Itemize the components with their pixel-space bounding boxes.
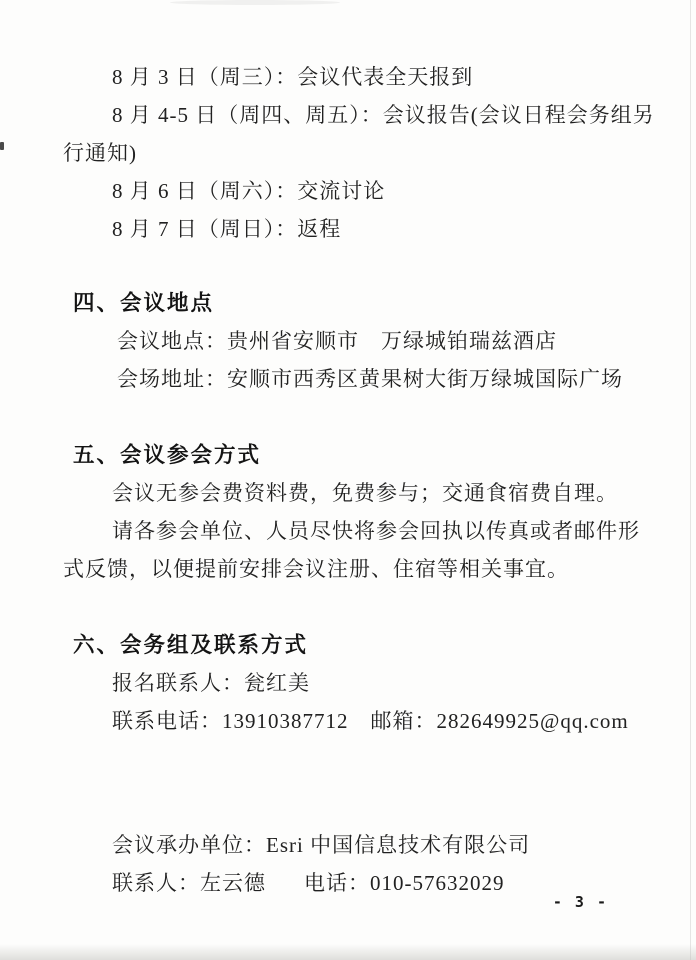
committee-phone-value: 13910387712 [222, 709, 349, 733]
scan-speck [0, 142, 4, 150]
schedule-list: 8 月 3 日（周三）：会议代表全天报到 8 月 4-5 日（周四、周五）：会议… [63, 58, 658, 248]
schedule-item-aug7: 8 月 7 日（周日）：返程 [63, 210, 658, 248]
committee-phone-label: 联系电话： [112, 709, 222, 733]
organizer-company-value: Esri 中国信息技术有限公司 [266, 833, 530, 857]
participation-paragraph-reply: 请各参会单位、人员尽快将参会回执以传真或者邮件形式反馈，以便提前安排会议注册、住… [63, 512, 658, 588]
venue-location-line: 会议地点：贵州省安顺市 万绿城铂瑞兹酒店 [63, 322, 658, 360]
committee-phone-email-line: 联系电话：13910387712邮箱：282649925@qq.com [63, 702, 658, 740]
scan-smudge [170, 0, 340, 5]
scanned-document-page: 8 月 3 日（周三）：会议代表全天报到 8 月 4-5 日（周四、周五）：会议… [0, 0, 696, 960]
schedule-item-aug4-5: 8 月 4-5 日（周四、周五）：会议报告(会议日程会务组另行通知) [63, 96, 658, 172]
organizer-phone-label: 电话： [304, 871, 370, 895]
registration-contact-line: 报名联系人：瓮红美 [63, 664, 658, 702]
organizer-company-line: 会议承办单位：Esri 中国信息技术有限公司 [63, 826, 658, 864]
schedule-item-aug6: 8 月 6 日（周六）：交流讨论 [63, 172, 658, 210]
section-committee: 六、会务组及联系方式 报名联系人：瓮红美 联系电话：13910387712邮箱：… [63, 626, 658, 740]
registration-contact-value: 瓮红美 [244, 671, 310, 695]
section-venue: 四、会议地点 会议地点：贵州省安顺市 万绿城铂瑞兹酒店 会场地址：安顺市西秀区黄… [63, 284, 658, 398]
organizer-company-label: 会议承办单位： [112, 833, 266, 857]
committee-email-value: 282649925@qq.com [437, 709, 629, 733]
venue-location-value: 贵州省安顺市 万绿城铂瑞兹酒店 [227, 329, 557, 353]
section-participation: 五、会议参会方式 会议无参会费资料费，免费参与；交通食宿费自理。 请各参会单位、… [63, 436, 658, 588]
registration-contact-label: 报名联系人： [112, 671, 244, 695]
organizer-contact-value: 左云德 [200, 871, 266, 895]
schedule-item-aug3: 8 月 3 日（周三）：会议代表全天报到 [63, 58, 658, 96]
organizer-phone-value: 010-57632029 [370, 871, 505, 895]
document-content: 8 月 3 日（周三）：会议代表全天报到 8 月 4-5 日（周四、周五）：会议… [63, 58, 658, 902]
section-venue-heading: 四、会议地点 [63, 284, 658, 322]
venue-location-label: 会议地点： [117, 329, 227, 353]
scan-edge-artifact [690, 0, 691, 960]
organizer-block: 会议承办单位：Esri 中国信息技术有限公司 联系人：左云德电话：010-576… [63, 826, 658, 902]
organizer-contact-label: 联系人： [112, 871, 200, 895]
venue-address-line: 会场地址：安顺市西秀区黄果树大街万绿城国际广场 [63, 360, 658, 398]
participation-paragraph-fees: 会议无参会费资料费，免费参与；交通食宿费自理。 [63, 474, 658, 512]
venue-address-value: 安顺市西秀区黄果树大街万绿城国际广场 [227, 367, 623, 391]
venue-address-label: 会场地址： [117, 367, 227, 391]
section-committee-heading: 六、会务组及联系方式 [63, 626, 658, 664]
committee-email-label: 邮箱： [371, 709, 437, 733]
page-number: - 3 - [553, 893, 608, 911]
section-participation-heading: 五、会议参会方式 [63, 436, 658, 474]
scan-bottom-shadow [0, 944, 696, 960]
